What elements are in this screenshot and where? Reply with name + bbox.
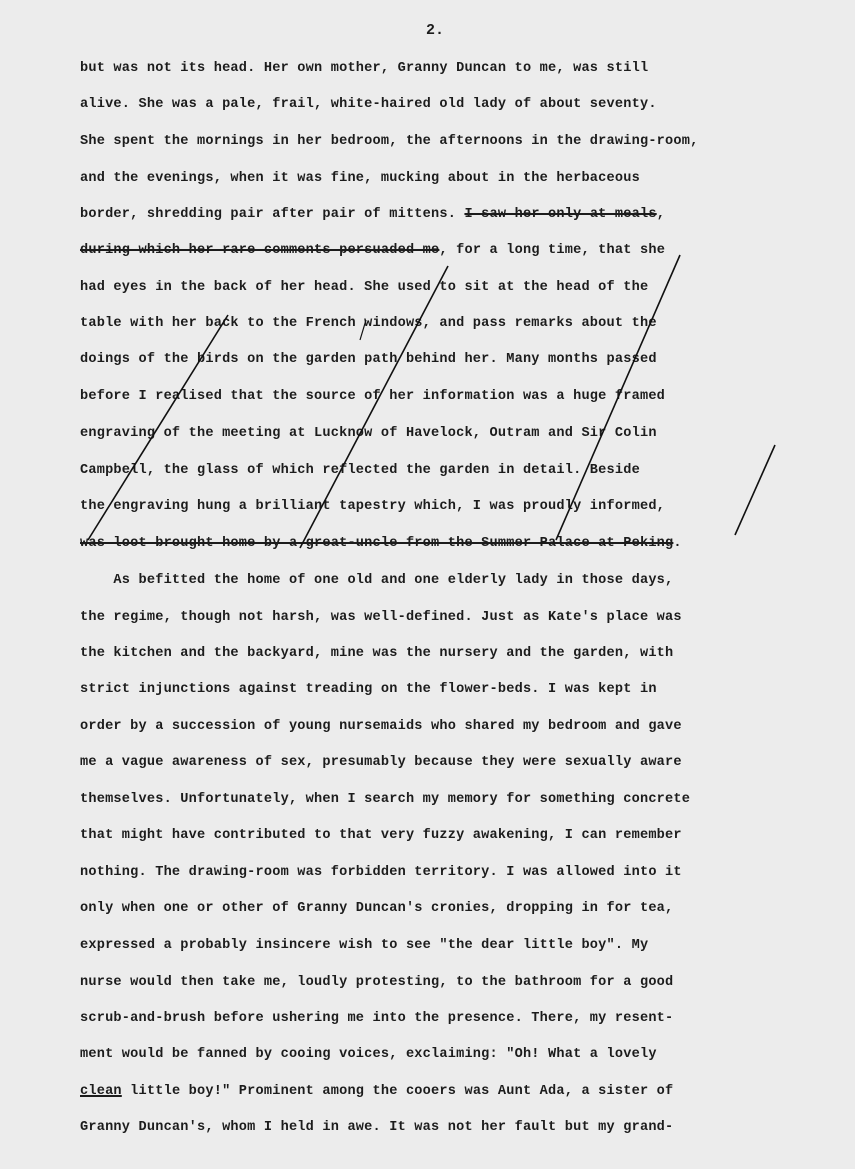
line-text: expressed a probably insincere wish to s… <box>80 938 648 953</box>
line-text: the engraving hung a brilliant tapestry … <box>80 499 665 514</box>
deletion-stroke <box>735 445 775 535</box>
line-text: had eyes in the back of her head. She us… <box>80 280 648 295</box>
line-text: that might have contributed to that very… <box>80 828 682 843</box>
text-line: themselves. Unfortunately, when I search… <box>80 791 690 809</box>
line-text: Granny Duncan's, whom I held in awe. It … <box>80 1120 673 1135</box>
text-line: nothing. The drawing-room was forbidden … <box>80 864 682 882</box>
text-line: alive. She was a pale, frail, white-hair… <box>80 96 657 114</box>
line-text: and the evenings, when it was fine, muck… <box>80 171 640 186</box>
line-text: but was not its head. Her own mother, Gr… <box>80 61 648 76</box>
line-text: before I realised that the source of her… <box>80 389 665 404</box>
line-text: border, shredding pair after pair of mit… <box>80 207 464 222</box>
text-line: border, shredding pair after pair of mit… <box>80 206 665 224</box>
line-text: alive. She was a pale, frail, white-hair… <box>80 97 657 112</box>
text-line: Campbell, the glass of which reflected t… <box>80 462 640 480</box>
line-text: scrub-and-brush before ushering me into … <box>80 1011 673 1026</box>
line-text: me a vague awareness of sex, presumably … <box>80 755 682 770</box>
text-line: before I realised that the source of her… <box>80 388 665 406</box>
struck-text: was loot brought home by a great-uncle f… <box>80 536 673 551</box>
line-text: engraving of the meeting at Lucknow of H… <box>80 426 657 441</box>
text-line: was loot brought home by a great-uncle f… <box>80 535 682 553</box>
struck-text: during which her rare comments persuaded… <box>80 243 439 258</box>
text-line: me a vague awareness of sex, presumably … <box>80 754 682 772</box>
text-line: doings of the birds on the garden path b… <box>80 351 657 369</box>
line-text: order by a succession of young nursemaid… <box>80 719 682 734</box>
text-line: engraving of the meeting at Lucknow of H… <box>80 425 657 443</box>
line-text: Campbell, the glass of which reflected t… <box>80 463 640 478</box>
text-line: strict injunctions against treading on t… <box>80 681 657 699</box>
text-line: She spent the mornings in her bedroom, t… <box>80 133 698 151</box>
text-line: clean little boy!" Prominent among the c… <box>80 1083 673 1101</box>
line-text: doings of the birds on the garden path b… <box>80 352 657 367</box>
text-line: and the evenings, when it was fine, muck… <box>80 170 640 188</box>
text-line: the regime, though not harsh, was well-d… <box>80 609 682 627</box>
struck-text: I saw her only at meals <box>464 207 656 222</box>
text-line: order by a succession of young nursemaid… <box>80 718 682 736</box>
underlined-text: clean <box>80 1084 122 1099</box>
typescript-page: 2. but was not its head. Her own mother,… <box>0 0 855 1169</box>
line-text: , <box>657 207 665 222</box>
line-text: As befitted the home of one old and one … <box>80 573 673 588</box>
text-line: only when one or other of Granny Duncan'… <box>80 900 673 918</box>
text-line: but was not its head. Her own mother, Gr… <box>80 60 648 78</box>
text-line: that might have contributed to that very… <box>80 827 682 845</box>
line-text: only when one or other of Granny Duncan'… <box>80 901 673 916</box>
line-text: ment would be fanned by cooing voices, e… <box>80 1047 657 1062</box>
line-text: nurse would then take me, loudly protest… <box>80 975 673 990</box>
text-line: ment would be fanned by cooing voices, e… <box>80 1046 657 1064</box>
line-text: themselves. Unfortunately, when I search… <box>80 792 690 807</box>
text-line: As befitted the home of one old and one … <box>80 572 673 590</box>
text-line: table with her back to the French window… <box>80 315 657 333</box>
line-text: the kitchen and the backyard, mine was t… <box>80 646 673 661</box>
line-text: . <box>673 536 681 551</box>
text-line: the kitchen and the backyard, mine was t… <box>80 645 673 663</box>
text-line: had eyes in the back of her head. She us… <box>80 279 648 297</box>
text-line: scrub-and-brush before ushering me into … <box>80 1010 673 1028</box>
line-text: table with her back to the French window… <box>80 316 657 331</box>
line-text: She spent the mornings in her bedroom, t… <box>80 134 698 149</box>
page-number: 2. <box>426 22 444 39</box>
text-line: Granny Duncan's, whom I held in awe. It … <box>80 1119 673 1137</box>
line-text: nothing. The drawing-room was forbidden … <box>80 865 682 880</box>
line-text: little boy!" Prominent among the cooers … <box>122 1084 674 1099</box>
text-line: expressed a probably insincere wish to s… <box>80 937 648 955</box>
text-line: the engraving hung a brilliant tapestry … <box>80 498 665 516</box>
line-text: strict injunctions against treading on t… <box>80 682 657 697</box>
line-text: , for a long time, that she <box>439 243 665 258</box>
text-line: during which her rare comments persuaded… <box>80 242 665 260</box>
text-line: nurse would then take me, loudly protest… <box>80 974 673 992</box>
line-text: the regime, though not harsh, was well-d… <box>80 610 682 625</box>
